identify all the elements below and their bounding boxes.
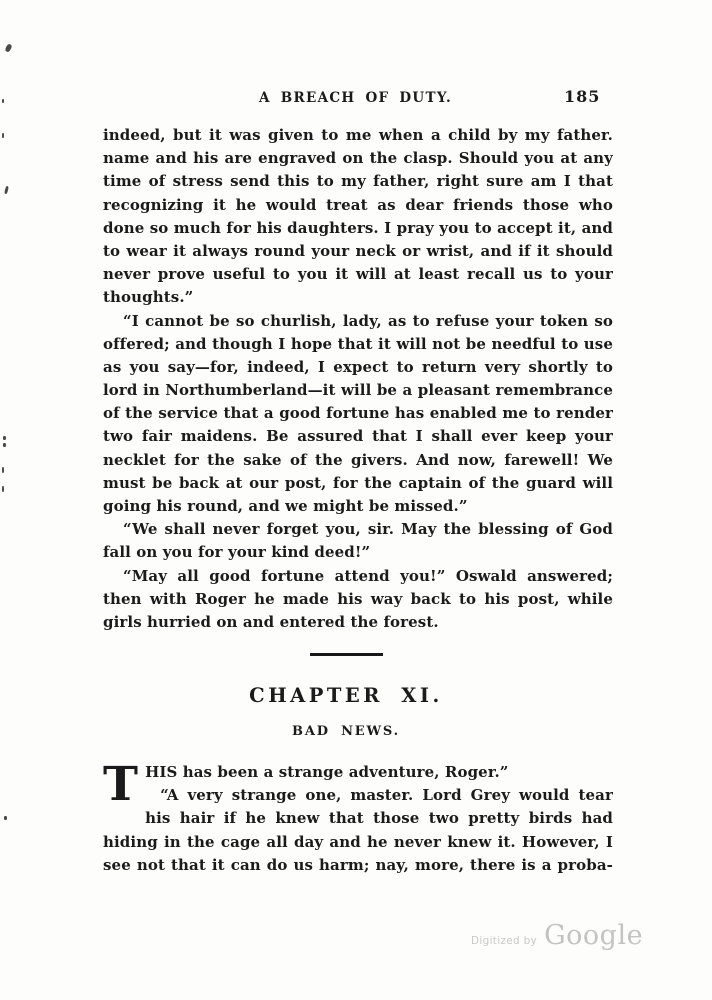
text-line: recognizing it he would treat as dear fr… (103, 194, 613, 217)
paragraph: “I cannot be so churlish, lady, as to re… (103, 310, 613, 519)
text-line: indeed, but it was given to me when a ch… (103, 124, 613, 147)
running-title: A BREACH OF DUTY. (259, 90, 452, 106)
book-page-scan: A BREACH OF DUTY. 185 indeed, but it was… (0, 0, 712, 1000)
scan-speck (4, 186, 9, 194)
scan-speck (4, 816, 7, 820)
page-number: 185 (564, 87, 600, 106)
scan-speck (2, 486, 4, 492)
watermark-prefix: Digitized by (471, 935, 537, 947)
text-line: must be back at our post, for the captai… (103, 472, 613, 495)
scan-speck (2, 99, 4, 103)
text-line: offered; and though I hope that it will … (103, 333, 613, 356)
text-line: “I cannot be so churlish, lady, as to re… (103, 310, 613, 333)
text-line: “May all good fortune attend you!” Oswal… (103, 565, 613, 588)
text-line: see not that it can do us harm; nay, mor… (103, 854, 613, 877)
text-line: “A very strange one, master. Lord Grey w… (145, 784, 613, 807)
text-line: of the service that a good fortune has e… (103, 402, 613, 425)
text-line: time of stress send this to my father, r… (103, 170, 613, 193)
chapter-title: CHAPTER XI. (88, 684, 604, 707)
paragraph: “We shall never forget you, sir. May the… (103, 518, 613, 564)
chapter-opening-block: T HIS has been a strange adventure, Roge… (103, 761, 613, 877)
drop-cap-letter: T (103, 763, 138, 809)
text-line: fall on you for your kind deed!” (103, 541, 613, 564)
body-text-block: indeed, but it was given to me when a ch… (103, 124, 613, 634)
text-line: done so much for his daughters. I pray y… (103, 217, 613, 240)
paragraph: HIS has been a strange adventure, Roger.… (103, 761, 613, 784)
text-line: to wear it always round your neck or wri… (103, 240, 613, 263)
text-line: lord in Northumberland—it will be a plea… (103, 379, 613, 402)
text-line: “We shall never forget you, sir. May the… (103, 518, 613, 541)
text-line: thoughts.” (103, 286, 613, 309)
running-header: A BREACH OF DUTY. 185 (0, 0, 712, 30)
text-line: as you say—for, indeed, I expect to retu… (103, 356, 613, 379)
scan-speck (4, 43, 12, 52)
text-line: hiding in the cage all day and he never … (103, 831, 613, 854)
text-line: HIS has been a strange adventure, Roger.… (145, 761, 613, 784)
text-line: girls hurried on and entered the forest. (103, 611, 613, 634)
scan-speck (2, 133, 4, 138)
paragraph: “May all good fortune attend you!” Oswal… (103, 565, 613, 635)
chapter-subtitle: BAD NEWS. (88, 724, 604, 739)
google-logo: Google (544, 920, 643, 951)
text-line: never prove useful to you it will at lea… (103, 263, 613, 286)
text-line: going his round, and we might be missed.… (103, 495, 613, 518)
digitized-by-google-watermark: Digitized by Google (471, 920, 643, 951)
text-line: necklet for the sake of the givers. And … (103, 449, 613, 472)
chapter-divider-rule (310, 653, 383, 656)
paragraph: “A very strange one, master. Lord Grey w… (103, 784, 613, 877)
text-line: then with Roger he made his way back to … (103, 588, 613, 611)
paragraph: indeed, but it was given to me when a ch… (103, 124, 613, 310)
scan-speck (3, 436, 6, 440)
text-line: name and his are engraved on the clasp. … (103, 147, 613, 170)
text-line: his hair if he knew that those two prett… (145, 807, 613, 830)
scan-speck (2, 467, 4, 473)
text-line: two fair maidens. Be assured that I shal… (103, 425, 613, 448)
